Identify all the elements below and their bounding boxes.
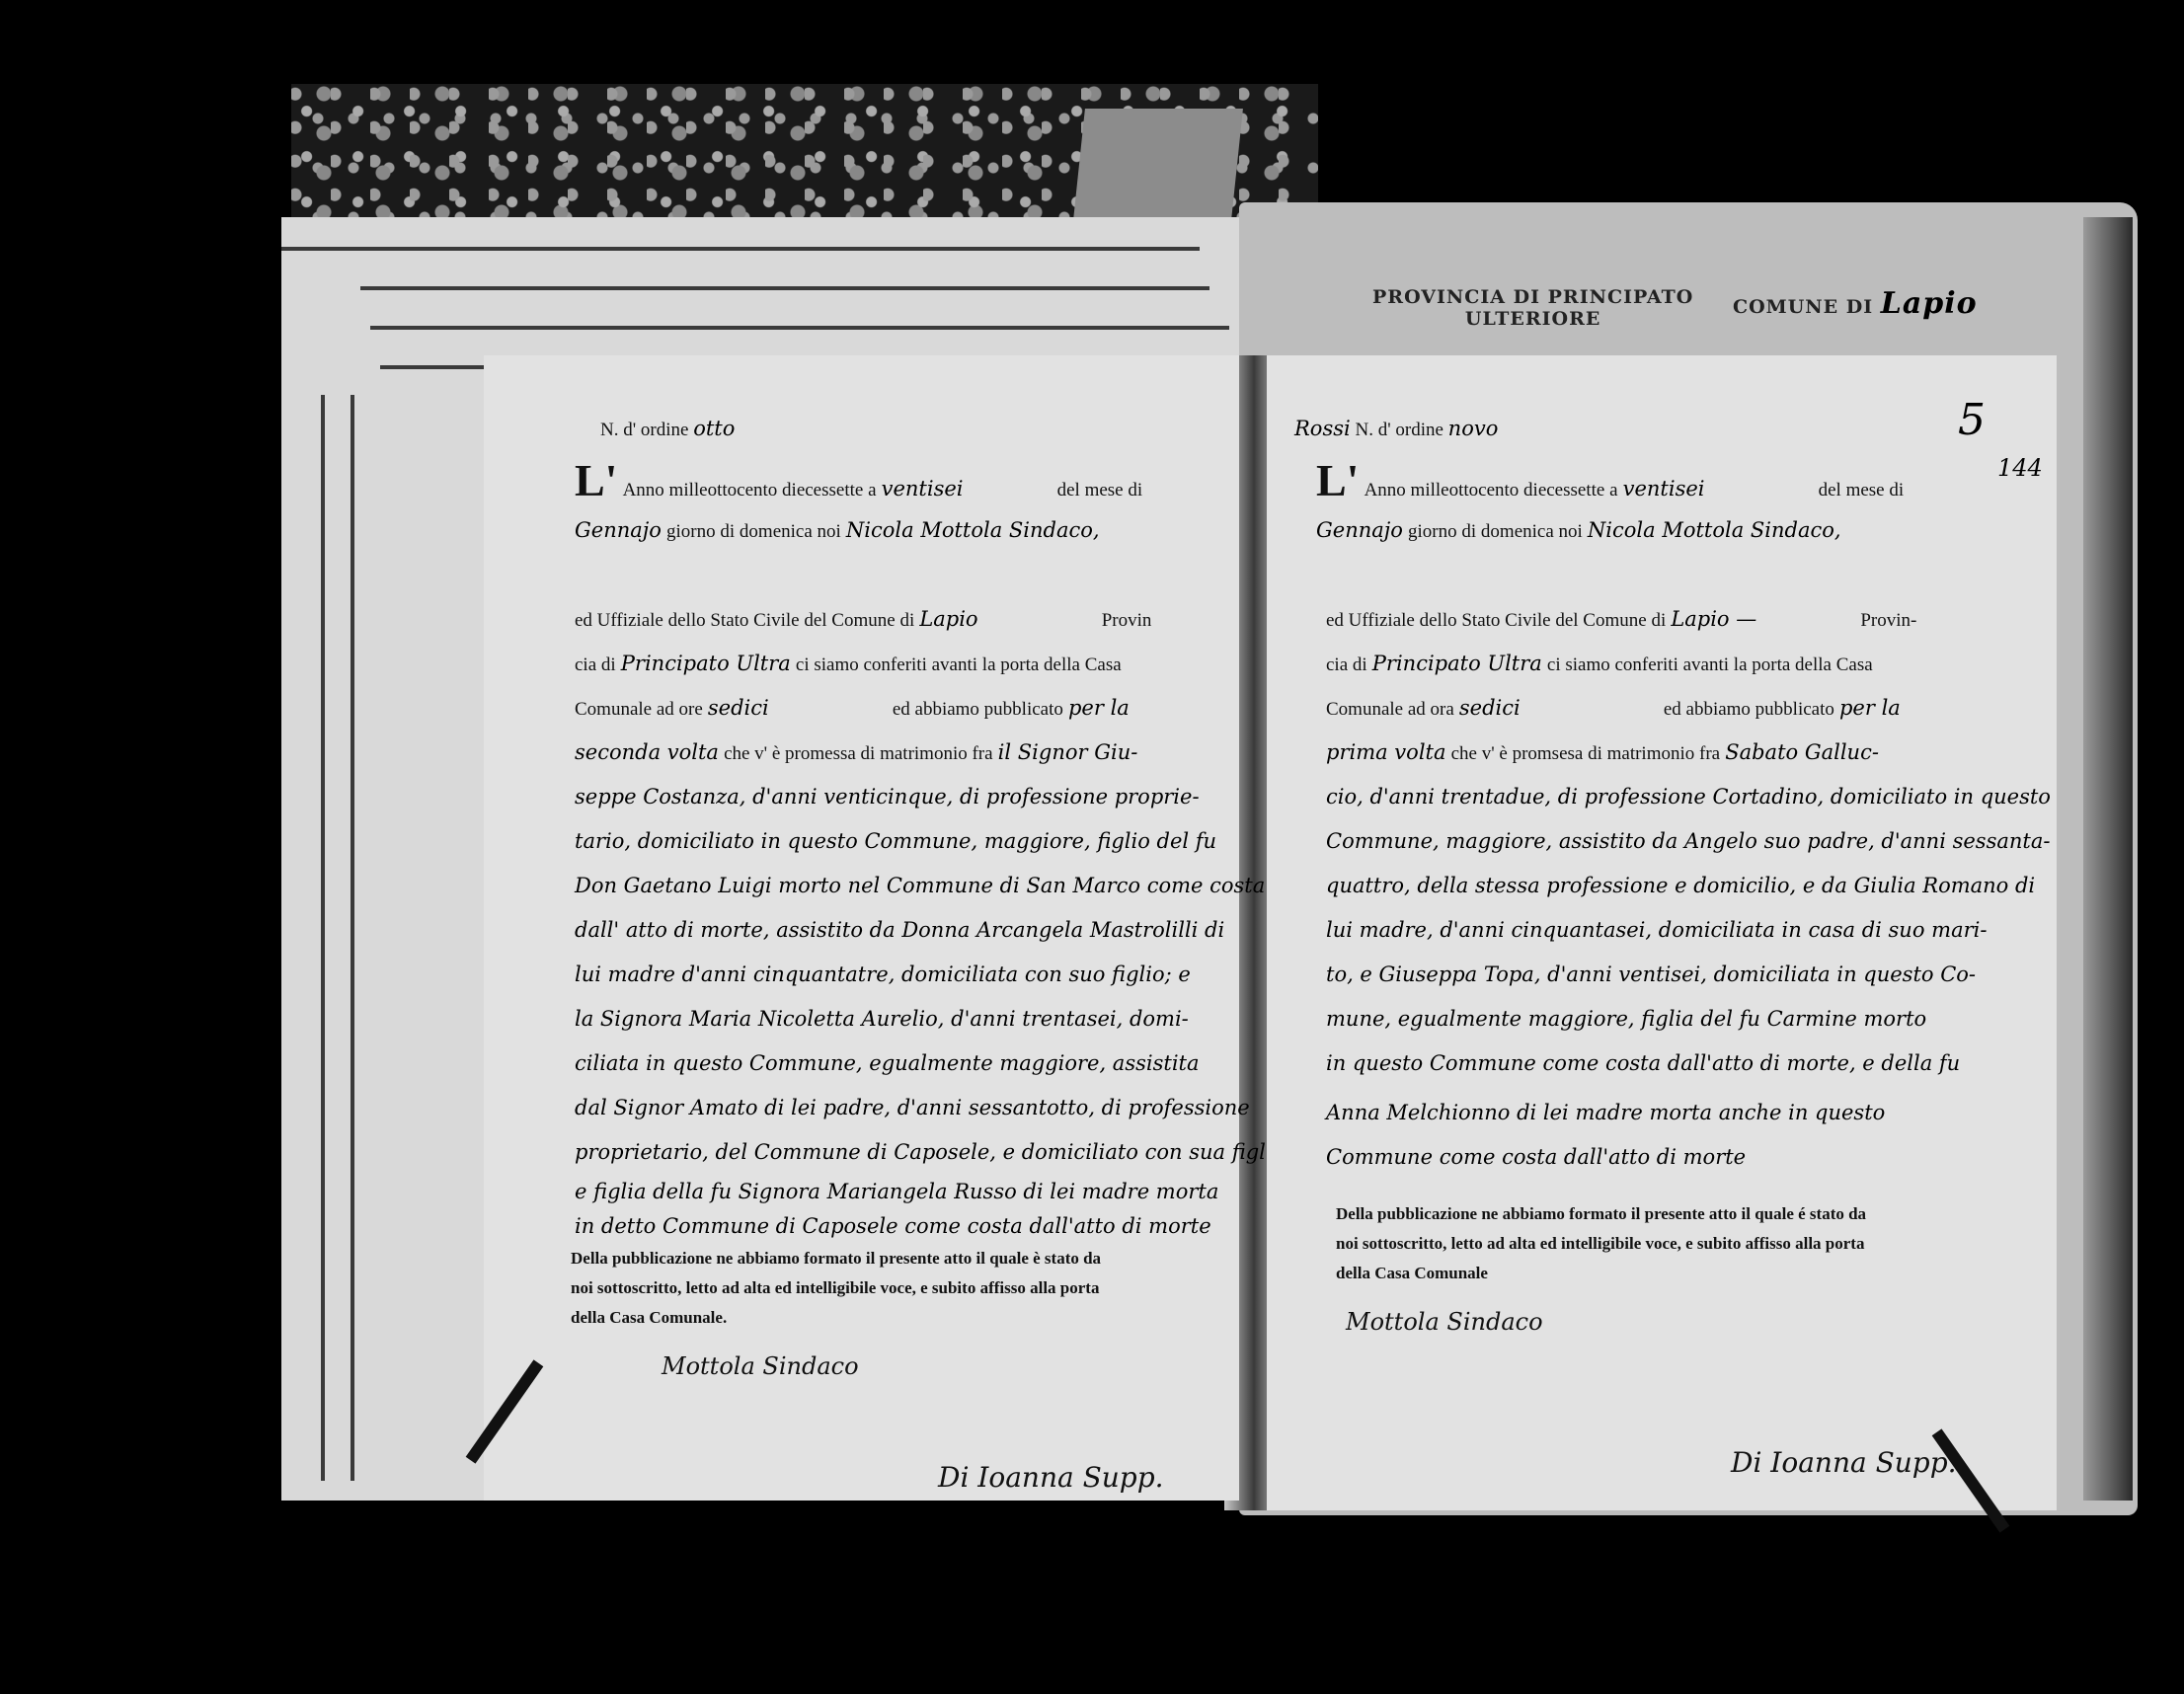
handwritten-text: per la [1839,696,1901,720]
printed-text: Comunale ad ore [575,699,703,720]
entry-line-8: Commune, maggiore, assistito da Angelo s… [1326,829,2050,853]
handwritten-text: Nicola Mottola Sindaco, [1588,518,1841,542]
entry-line-2: Gennajo giorno di domenica noi Nicola Mo… [575,518,1100,543]
entry-line-12: mune, egualmente maggiore, figlia del fu… [1326,1007,1926,1031]
entry-line-12: la Signora Maria Nicoletta Aurelio, d'an… [575,1007,1189,1031]
closing-formula: Della pubblicazione ne abbiamo formato i… [1336,1199,1866,1288]
left-page: N. d' ordine otto L' Anno milleottocento… [484,355,1239,1501]
printed-text: ed Uffiziale dello Stato Civile del Comu… [1326,610,1666,631]
right-page-edge [2083,217,2133,1501]
entry-line-10: dall' atto di morte, assistito da Donna … [575,918,1224,942]
handwritten-text: Gennajo [1316,518,1403,542]
printed-text: del mese di [1819,480,1905,500]
printed-text: cia di [575,654,616,675]
handwritten-text: ventisei [1623,477,1705,500]
ordine-value: novo [1448,417,1499,440]
closing-line: Della pubblicazione ne abbiamo formato i… [571,1244,1101,1273]
entry-line-3: ed Uffiziale dello Stato Civile del Comu… [575,607,1151,632]
printed-text: ed abbiamo pubblicato [1664,699,1834,720]
ordine-line: Rossi N. d' ordine novo [1294,417,1498,441]
comune-name: Lapio [1881,286,1978,321]
page-edge [360,286,1209,290]
handwritten-text: il Signor Giu- [998,740,1138,764]
printed-text: Anno milleottocento diecessette a [623,480,877,500]
closing-line: della Casa Comunale [1336,1259,1866,1288]
comune-label: COMUNE DI [1733,296,1873,318]
entry-line-14: dal Signor Amato di lei padre, d'anni se… [575,1096,1250,1119]
entry-line-14: Anna Melchionno di lei madre morta anche… [1326,1101,1885,1124]
entry-line-7: seppe Costanza, d'anni venticinque, di p… [575,785,1200,808]
margin-number: 144 [1997,454,2043,482]
ordine-value: otto [693,417,735,440]
handwritten-text: prima volta [1326,740,1446,764]
printed-text: che v' è promessa di matrimonio fra [724,743,993,764]
entry-line-13: ciliata in questo Commune, egualmente ma… [575,1051,1200,1075]
entry-line-15: Commune come costa dall'atto di morte [1326,1145,1746,1169]
entry-line-15: proprietario, del Commune di Caposele, e… [575,1140,1291,1164]
entry-line-7: cio, d'anni trentadue, di professione Co… [1326,785,2051,808]
entry-line-17: in detto Commune di Caposele come costa … [575,1214,1211,1238]
printed-text: ci siamo conferiti avanti la porta della… [1547,654,1873,675]
printed-text: ed Uffiziale dello Stato Civile del Comu… [575,610,914,631]
entry-line-9: Don Gaetano Luigi morto nel Commune di S… [575,874,1265,897]
closing-line: noi sottoscritto, letto ad alta ed intel… [571,1273,1101,1303]
handwritten-text: ventisei [882,477,964,500]
drop-cap: L' [1316,455,1359,505]
entry-line-1: L' Anno milleottocento diecessette a ven… [575,454,1142,506]
signature-sindaco: Mottola Sindaco [1346,1308,1543,1336]
page-number: 5 [1958,395,1986,445]
page-edge [370,326,1229,330]
drop-cap: L' [575,455,617,505]
entry-line-9: quattro, della stessa professione e domi… [1326,874,2035,897]
handwritten-text: sedici [1459,696,1521,720]
provincia-stamp: PROVINCIA DI PRINCIPATO ULTERIORE [1372,286,1693,330]
handwritten-text: Principato Ultra [621,652,791,675]
handwritten-text: Principato Ultra [1372,652,1542,675]
entry-line-5: Comunale ad ora sedici ed abbiamo pubbli… [1326,696,1901,721]
ordine-label: N. d' ordine [600,420,688,440]
closing-line: noi sottoscritto, letto ad alta ed intel… [1336,1229,1866,1259]
margin-note: Rossi [1294,417,1351,440]
entry-line-1: L' Anno milleottocento diecessette a ven… [1316,454,1904,506]
right-page: Rossi N. d' ordine novo 5 144 L' Anno mi… [1267,355,2057,1510]
handwritten-text: Nicola Mottola Sindaco, [846,518,1100,542]
entry-line-6: seconda volta che v' è promessa di matri… [575,740,1137,765]
page-edge [281,247,1200,251]
entry-line-10: lui madre, d'anni cinquantasei, domicili… [1326,918,1987,942]
printed-text: cia di [1326,654,1367,675]
handwritten-text: Gennajo [575,518,662,542]
comune-stamp: COMUNE DI Lapio [1733,286,1978,321]
entry-line-11: to, e Giuseppa Topa, d'anni ventisei, do… [1326,962,1976,986]
printed-text: del mese di [1057,480,1143,500]
printed-text: Anno milleottocento diecessette a [1365,480,1618,500]
signature-sindaco: Mottola Sindaco [662,1352,859,1380]
signature-bottom: Di Ioanna Supp. [938,1461,1164,1494]
provincia-line-1: PROVINCIA DI PRINCIPATO [1372,286,1693,308]
signature-bottom: Di Ioanna Supp. [1731,1446,1957,1479]
entry-line-16: e figlia della fu Signora Mariangela Rus… [575,1180,1218,1203]
printed-text: Provin [1102,610,1152,631]
closing-line: Della pubblicazione ne abbiamo formato i… [1336,1199,1866,1229]
handwritten-text: Lapio [919,607,977,631]
closing-formula: Della pubblicazione ne abbiamo formato i… [571,1244,1101,1333]
printed-text: giorno di domenica noi [666,521,841,542]
entry-line-4: cia di Principato Ultra ci siamo conferi… [1326,652,1873,676]
handwritten-text: Lapio — [1671,607,1756,631]
handwritten-text: seconda volta [575,740,719,764]
ordine-line: N. d' ordine otto [600,417,735,441]
page-edge [321,395,325,1481]
entry-line-2: Gennajo giorno di domenica noi Nicola Mo… [1316,518,1841,543]
provincia-line-2: ULTERIORE [1372,308,1693,330]
closing-line: della Casa Comunale. [571,1303,1101,1333]
handwritten-text: per la [1068,696,1130,720]
printed-text: ci siamo conferiti avanti la porta della… [796,654,1122,675]
ordine-label: N. d' ordine [1355,420,1443,440]
entry-line-4: cia di Principato Ultra ci siamo conferi… [575,652,1122,676]
entry-line-3: ed Uffiziale dello Stato Civile del Comu… [1326,607,1916,632]
entry-line-13: in questo Commune come costa dall'atto d… [1326,1051,1960,1075]
entry-line-6: prima volta che v' è promsesa di matrimo… [1326,740,1879,765]
entry-line-11: lui madre d'anni cinquantatre, domicilia… [575,962,1191,986]
page-edge [351,395,354,1481]
printed-text: Comunale ad ora [1326,699,1454,720]
handwritten-text: sedici [708,696,769,720]
printed-text: Provin- [1860,610,1916,631]
printed-text: giorno di domenica noi [1408,521,1583,542]
entry-line-5: Comunale ad ore sedici ed abbiamo pubbli… [575,696,1130,721]
printed-text: che v' è promsesa di matrimonio fra [1451,743,1721,764]
handwritten-text: Sabato Galluc- [1725,740,1879,764]
printed-text: ed abbiamo pubblicato [893,699,1063,720]
entry-line-8: tario, domiciliato in questo Commune, ma… [575,829,1216,853]
